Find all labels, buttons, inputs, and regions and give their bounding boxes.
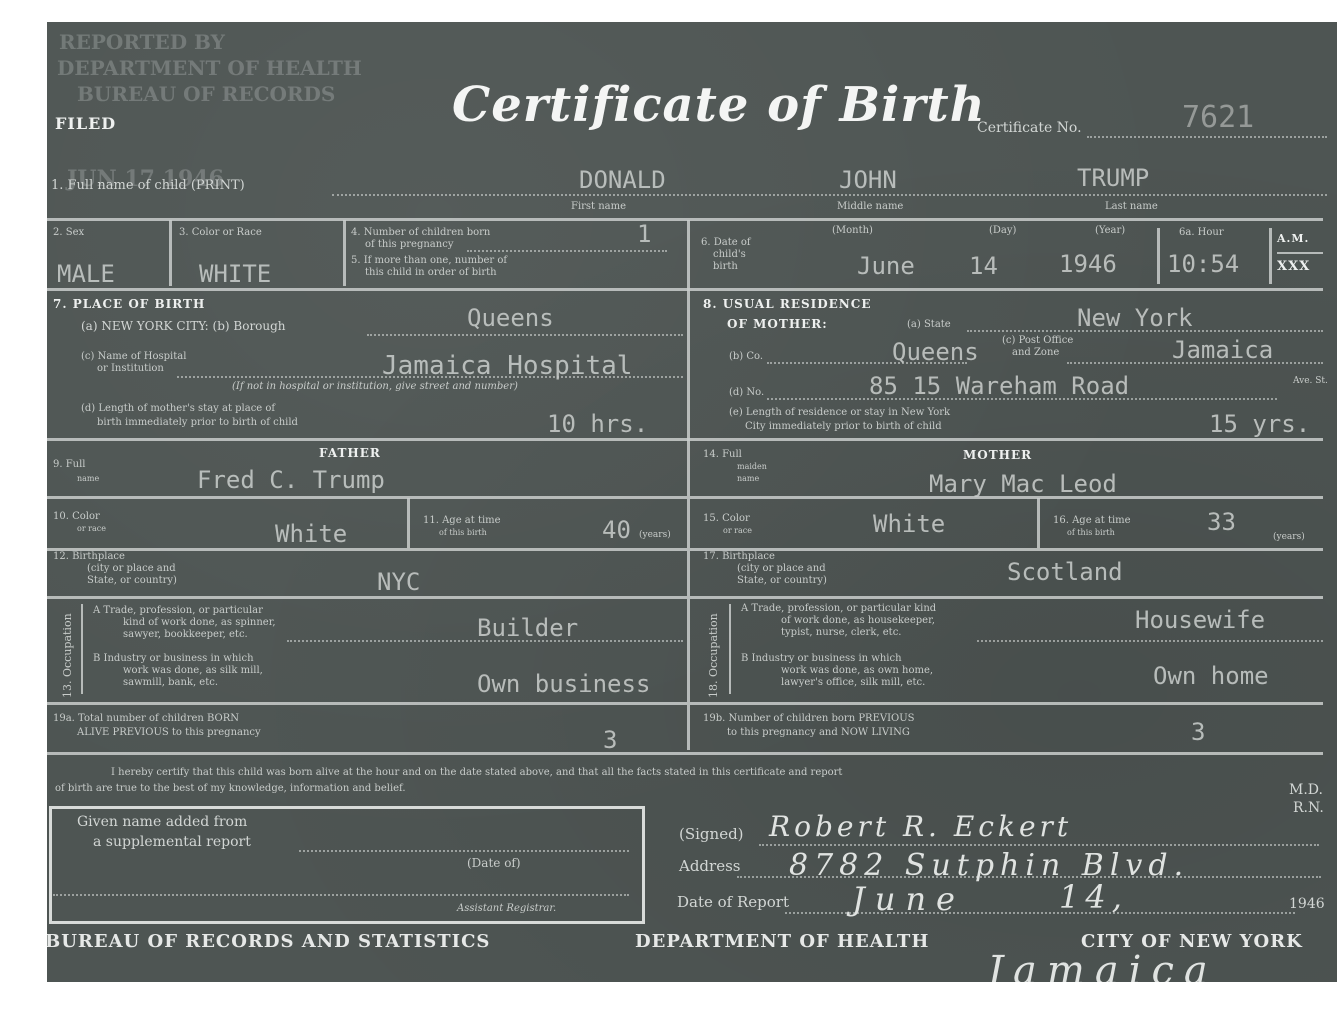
father-age: 40 [602, 518, 631, 542]
father-birthplace-label-2: (city or place and [87, 564, 176, 574]
report-date-label: Date of Report [677, 896, 789, 908]
race-value: WHITE [199, 262, 271, 286]
father-race-label: 10. Color [53, 512, 100, 522]
race-label: 3. Color or Race [179, 228, 262, 238]
mother-industry-label-3: lawyer's office, silk mill, etc. [781, 678, 925, 688]
supplemental-date-label: (Date of) [467, 858, 521, 868]
month-caption: (Month) [832, 226, 873, 236]
faded-stamp-line: REPORTED BY [59, 30, 225, 54]
residence-heading: 8. USUAL RESIDENCE [703, 298, 871, 310]
father-years-caption: (years) [639, 530, 671, 540]
mother-industry: Own home [1153, 664, 1269, 688]
birth-year: 1946 [1059, 252, 1117, 276]
mother-name-label: 14. Full [703, 450, 742, 460]
birth-date-label-3: birth [713, 262, 738, 272]
birth-date-label: 6. Date of [701, 238, 751, 248]
mother-industry-label: B Industry or business in which [741, 654, 902, 664]
now-living-label-2: to this pregnancy and NOW LIVING [727, 728, 910, 738]
child-first-name: DONALD [579, 168, 666, 192]
now-living-value: 3 [1191, 720, 1205, 744]
mother-birthplace-label-3: State, or country) [737, 576, 827, 586]
mother-years-caption: (years) [1273, 532, 1305, 542]
mother-trade-label-3: typist, nurse, clerk, etc. [781, 628, 901, 638]
mother-birthplace: Scotland [1007, 560, 1123, 584]
certification-text: I hereby certify that this child was bor… [111, 768, 842, 778]
father-trade-label-3: sawyer, bookkeeper, etc. [123, 630, 248, 640]
father-age-label-2: of this birth [439, 528, 487, 538]
father-birthplace-label: 12. Birthplace [53, 552, 125, 562]
children-born-label: 4. Number of children born [351, 228, 490, 238]
residence-length-label: (e) Length of residence or stay in New Y… [729, 408, 950, 418]
day-caption: (Day) [989, 226, 1016, 236]
year-caption: (Year) [1095, 226, 1125, 236]
birth-order-label-2: this child in order of birth [365, 268, 497, 278]
rn-label: R.N. [1293, 802, 1324, 814]
borough-value: Queens [467, 306, 554, 330]
father-race: White [275, 522, 347, 546]
address-label: Address [679, 860, 740, 872]
father-trade-label-2: kind of work done, as spinner, [123, 618, 276, 628]
residence-length-value: 15 yrs. [1209, 412, 1310, 436]
supplemental-label-2: a supplemental report [93, 836, 251, 848]
children-born-label-2: of this pregnancy [365, 240, 453, 250]
mother-age-label: 16. Age at time [1053, 516, 1131, 526]
certificate-title: Certificate of Birth [452, 77, 986, 133]
birth-order-label: 5. If more than one, number of [351, 256, 507, 266]
last-name-caption: Last name [1105, 202, 1158, 212]
md-label: M.D. [1289, 784, 1323, 796]
certificate-no-label: Certificate No. [977, 122, 1082, 134]
hospital-value: Jamaica Hospital [382, 354, 632, 378]
father-race-label-2: or race [77, 524, 106, 534]
place-of-birth-heading: 7. PLACE OF BIRTH [53, 298, 205, 310]
father-industry: Own business [477, 672, 650, 696]
mother-trade-label-2: of work done, as housekeeper, [781, 616, 935, 626]
mother-trade: Housewife [1135, 608, 1265, 632]
middle-name-caption: Middle name [837, 202, 903, 212]
mother-occupation-side-label: 18. Occupation [707, 608, 720, 698]
stay-label-2: birth immediately prior to birth of chil… [97, 418, 298, 428]
father-age-label: 11. Age at time [423, 516, 501, 526]
born-alive-label: 19a. Total number of children BORN [53, 714, 239, 724]
child-middle-name: JOHN [839, 168, 897, 192]
footer-bureau: BUREAU OF RECORDS AND STATISTICS [47, 931, 490, 952]
mother-age-label-2: of this birth [1067, 528, 1115, 538]
faded-stamp-line: DEPARTMENT OF HEALTH [57, 56, 362, 80]
father-name-label: 9. Full [53, 460, 86, 470]
mother-name-label-2: maiden [737, 462, 767, 472]
father-trade-label: A Trade, profession, or particular [93, 606, 263, 616]
sex-label: 2. Sex [53, 228, 84, 238]
father-heading: FATHER [319, 448, 381, 458]
full-name-label: 1. Full name of child (PRINT) [51, 180, 245, 192]
report-month: June [852, 880, 965, 918]
mother-age: 33 [1207, 510, 1236, 534]
born-alive-label-2: ALIVE PREVIOUS to this pregnancy [77, 728, 261, 738]
county-value: Queens [892, 340, 979, 364]
borough-label: (a) NEW YORK CITY: (b) Borough [81, 320, 286, 332]
mother-race: White [873, 512, 945, 536]
street-value: 85 15 Wareham Road [869, 374, 1129, 398]
signed-label: (Signed) [679, 828, 744, 840]
hospital-label: (c) Name of Hospital [81, 352, 186, 362]
sex-value: MALE [57, 262, 115, 286]
hospital-note: (If not in hospital or institution, give… [232, 382, 518, 392]
state-label: (a) State [907, 320, 951, 330]
assistant-registrar-label: Assistant Registrar. [457, 904, 556, 914]
mother-trade-label: A Trade, profession, or particular kind [741, 604, 936, 614]
born-alive-value: 3 [603, 728, 617, 752]
am-label: A.M. [1277, 234, 1309, 244]
birth-certificate: REPORTED BY DEPARTMENT OF HEALTH BUREAU … [47, 22, 1337, 982]
father-trade: Builder [477, 616, 578, 640]
state-value: New York [1077, 306, 1193, 330]
physician-signature: Robert R. Eckert [769, 810, 1072, 843]
birth-hour: 10:54 [1167, 252, 1239, 276]
stay-label: (d) Length of mother's stay at place of [81, 404, 275, 414]
report-day: 14, [1059, 878, 1128, 916]
mother-birthplace-label: 17. Birthplace [703, 552, 775, 562]
mother-industry-label-2: work was done, as own home, [781, 666, 933, 676]
mother-birthplace-label-2: (city or place and [737, 564, 826, 574]
pm-mark: XXX [1277, 262, 1310, 272]
birth-month: June [857, 254, 915, 278]
first-name-caption: First name [571, 202, 626, 212]
father-birthplace: NYC [377, 570, 420, 594]
physician-address: 8782 Sutphin Blvd. [789, 848, 1189, 883]
hospital-label-2: or Institution [97, 364, 164, 374]
ave-label: Ave. St. [1293, 376, 1328, 386]
supplemental-label: Given name added from [77, 816, 247, 828]
father-occupation-side-label: 13. Occupation [61, 608, 74, 698]
footer-department: DEPARTMENT OF HEALTH [635, 931, 929, 952]
hour-caption: 6a. Hour [1179, 228, 1224, 238]
filed-label: FILED [55, 118, 116, 130]
post-office-label-2: and Zone [1012, 348, 1059, 358]
mother-race-label-2: or race [723, 526, 752, 536]
faded-stamp-line: BUREAU OF RECORDS [77, 82, 335, 106]
street-label: (d) No. [729, 388, 764, 398]
mother-name-label-3: name [737, 474, 759, 484]
certificate-number: 7621 [1182, 106, 1254, 130]
father-industry-label-2: work was done, as silk mill, [123, 666, 263, 676]
father-industry-label: B Industry or business in which [93, 654, 254, 664]
stay-value: 10 hrs. [547, 412, 648, 436]
now-living-label: 19b. Number of children born PREVIOUS [703, 714, 915, 724]
mother-race-label: 15. Color [703, 514, 750, 524]
post-office-value: Jamaica [1172, 338, 1273, 362]
father-name-label-2: name [77, 474, 99, 484]
mother-heading: MOTHER [963, 450, 1032, 460]
birth-day: 14 [969, 254, 998, 278]
birth-date-label-2: child's [713, 250, 746, 260]
jamaica-handwritten: Jamaica [987, 948, 1218, 982]
father-industry-label-3: sawmill, bank, etc. [123, 678, 218, 688]
child-last-name: TRUMP [1077, 166, 1149, 190]
county-label: (b) Co. [729, 352, 763, 362]
post-office-label: (c) Post Office [1002, 336, 1073, 346]
residence-length-label-2: City immediately prior to birth of child [745, 422, 942, 432]
children-born-value: 1 [637, 222, 651, 246]
residence-heading-2: OF MOTHER: [727, 318, 828, 330]
mother-name: Mary Mac Leod [929, 472, 1117, 496]
report-year: 1946 [1289, 898, 1325, 910]
father-birthplace-label-3: State, or country) [87, 576, 177, 586]
father-name: Fred C. Trump [197, 468, 385, 492]
certification-text-2: of birth are true to the best of my know… [55, 784, 406, 794]
